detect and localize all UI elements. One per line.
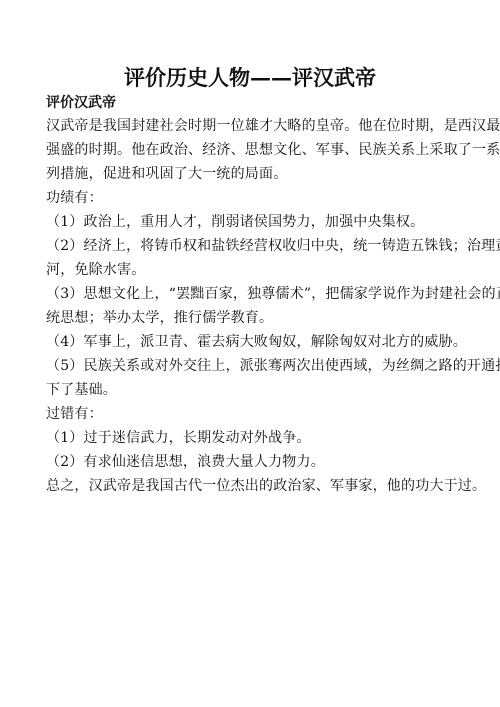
list-item: （4）军事上，派卫青、霍去病大败匈奴，解除匈奴对北方的威胁。 [46, 330, 466, 354]
list-item: （1）过于迷信武力，长期发动对外战争。 [46, 426, 466, 450]
section-heading: 评价汉武帝 [46, 92, 466, 114]
list-item-continued: 下了基础。 [46, 378, 466, 402]
text-line: 汉武帝是我国封建社会时期一位雄才大略的皇帝。他在位时期，是西汉最 [46, 114, 466, 138]
list-item-continued: 河，免除水害。 [46, 258, 466, 282]
list-item-continued: 统思想；举办太学，推行儒学教育。 [46, 306, 466, 330]
list-item: （5）民族关系或对外交往上，派张骞两次出使西域，为丝绸之路的开通打 [46, 354, 466, 378]
list-item: （3）思想文化上，“罢黜百家，独尊儒术”，把儒家学说作为封建社会的正 [46, 282, 466, 306]
achievements-heading: 功绩有： [46, 186, 466, 210]
text-line: 列措施，促进和巩固了大一统的局面。 [46, 162, 466, 186]
list-item: （1）政治上，重用人才，削弱诸侯国势力，加强中央集权。 [46, 210, 466, 234]
document-title: 评价历史人物——评汉武帝 [0, 62, 500, 92]
conclusion: 总之，汉武帝是我国古代一位杰出的政治家、军事家，他的功大于过。 [46, 474, 466, 498]
faults-heading: 过错有： [46, 402, 466, 426]
list-item: （2）有求仙迷信思想，浪费大量人力物力。 [46, 450, 466, 474]
document-body: 评价汉武帝 汉武帝是我国封建社会时期一位雄才大略的皇帝。他在位时期，是西汉最 强… [46, 92, 466, 498]
list-item: （2）经济上，将铸币权和盐铁经营权收归中央，统一铸造五铢钱；治理黄 [46, 234, 466, 258]
text-line: 强盛的时期。他在政治、经济、思想文化、军事、民族关系上采取了一系 [46, 138, 466, 162]
